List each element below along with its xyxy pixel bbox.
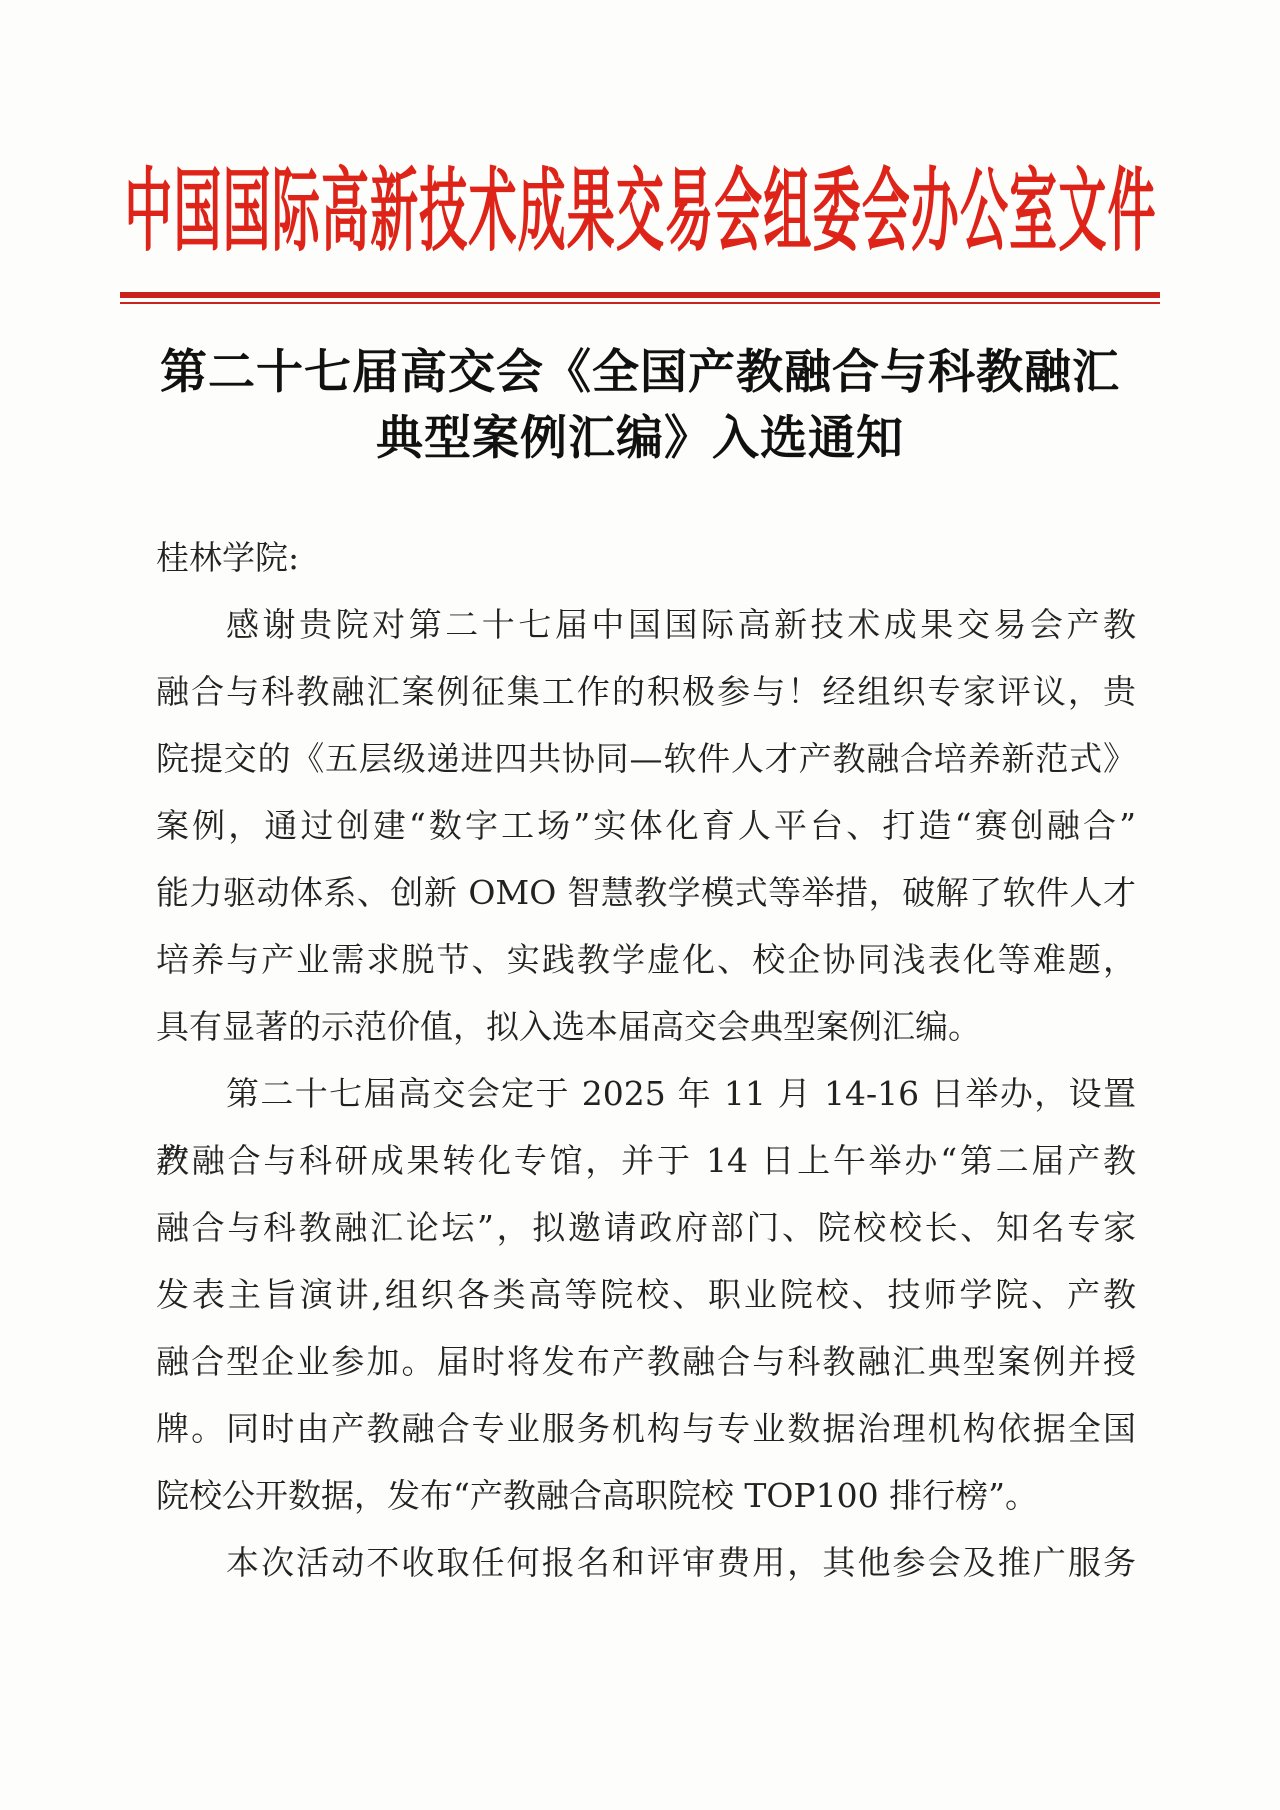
body-line: 融合与科教融汇论坛”，拟邀请政府部门、院校校长、知名专家 (156, 1194, 1136, 1261)
body-line: 发表主旨演讲,组织各类高等院校、职业院校、技师学院、产教 (156, 1261, 1136, 1328)
body-line: 第二十七届高交会定于 2025 年 11 月 14-16 日举办，设置产 (156, 1060, 1136, 1127)
body-line: 教融合与科研成果转化专馆，并于 14 日上午举办“第二届产教 (156, 1127, 1136, 1194)
body-line: 感谢贵院对第二十七届中国国际高新技术成果交易会产教 (156, 591, 1136, 658)
document-body: 桂林学院: 感谢贵院对第二十七届中国国际高新技术成果交易会产教 融合与科教融汇案… (156, 524, 1136, 1596)
paragraph-2: 第二十七届高交会定于 2025 年 11 月 14-16 日举办，设置产 教融合… (156, 1060, 1136, 1529)
body-line: 牌。同时由产教融合专业服务机构与专业数据治理机构依据全国 (156, 1395, 1136, 1462)
body-line: 能力驱动体系、创新 OMO 智慧教学模式等举措，破解了软件人才 (156, 859, 1136, 926)
red-separator-thick-line (120, 292, 1160, 298)
document-title-line1: 第二十七届高交会《全国产教融合与科教融汇 (0, 340, 1280, 406)
body-line: 本次活动不收取任何报名和评审费用，其他参会及推广服务 (156, 1529, 1136, 1596)
red-separator (120, 292, 1160, 306)
body-line: 案例，通过创建“数字工场”实体化育人平台、打造“赛创融合” (156, 792, 1136, 859)
red-separator-thin-line (120, 302, 1160, 304)
body-line: 融合型企业参加。届时将发布产教融合与科教融汇典型案例并授 (156, 1328, 1136, 1395)
body-line: 融合与科教融汇案例征集工作的积极参与！经组织专家评议，贵 (156, 658, 1136, 725)
paragraph-3: 本次活动不收取任何报名和评审费用，其他参会及推广服务 (156, 1529, 1136, 1596)
letterhead-title: 中国国际高新技术成果交易会组委会办公室文件 (124, 139, 1156, 268)
letterhead: 中国国际高新技术成果交易会组委会办公室文件 (0, 150, 1280, 258)
body-line: 培养与产业需求脱节、实践教学虚化、校企协同浅表化等难题， (156, 926, 1136, 993)
body-line: 院提交的《五层级递进四共协同—软件人才产教融合培养新范式》 (156, 725, 1136, 792)
body-line: 院校公开数据，发布“产教融合高职院校 TOP100 排行榜”。 (156, 1462, 1136, 1529)
document-page: 中国国际高新技术成果交易会组委会办公室文件 第二十七届高交会《全国产教融合与科教… (0, 0, 1280, 1810)
salutation: 桂林学院: (156, 524, 1136, 591)
document-title-line2: 典型案例汇编》入选通知 (0, 406, 1280, 472)
body-line: 具有显著的示范价值，拟入选本届高交会典型案例汇编。 (156, 993, 1136, 1060)
document-title: 第二十七届高交会《全国产教融合与科教融汇 典型案例汇编》入选通知 (0, 340, 1280, 472)
paragraph-1: 感谢贵院对第二十七届中国国际高新技术成果交易会产教 融合与科教融汇案例征集工作的… (156, 591, 1136, 1060)
